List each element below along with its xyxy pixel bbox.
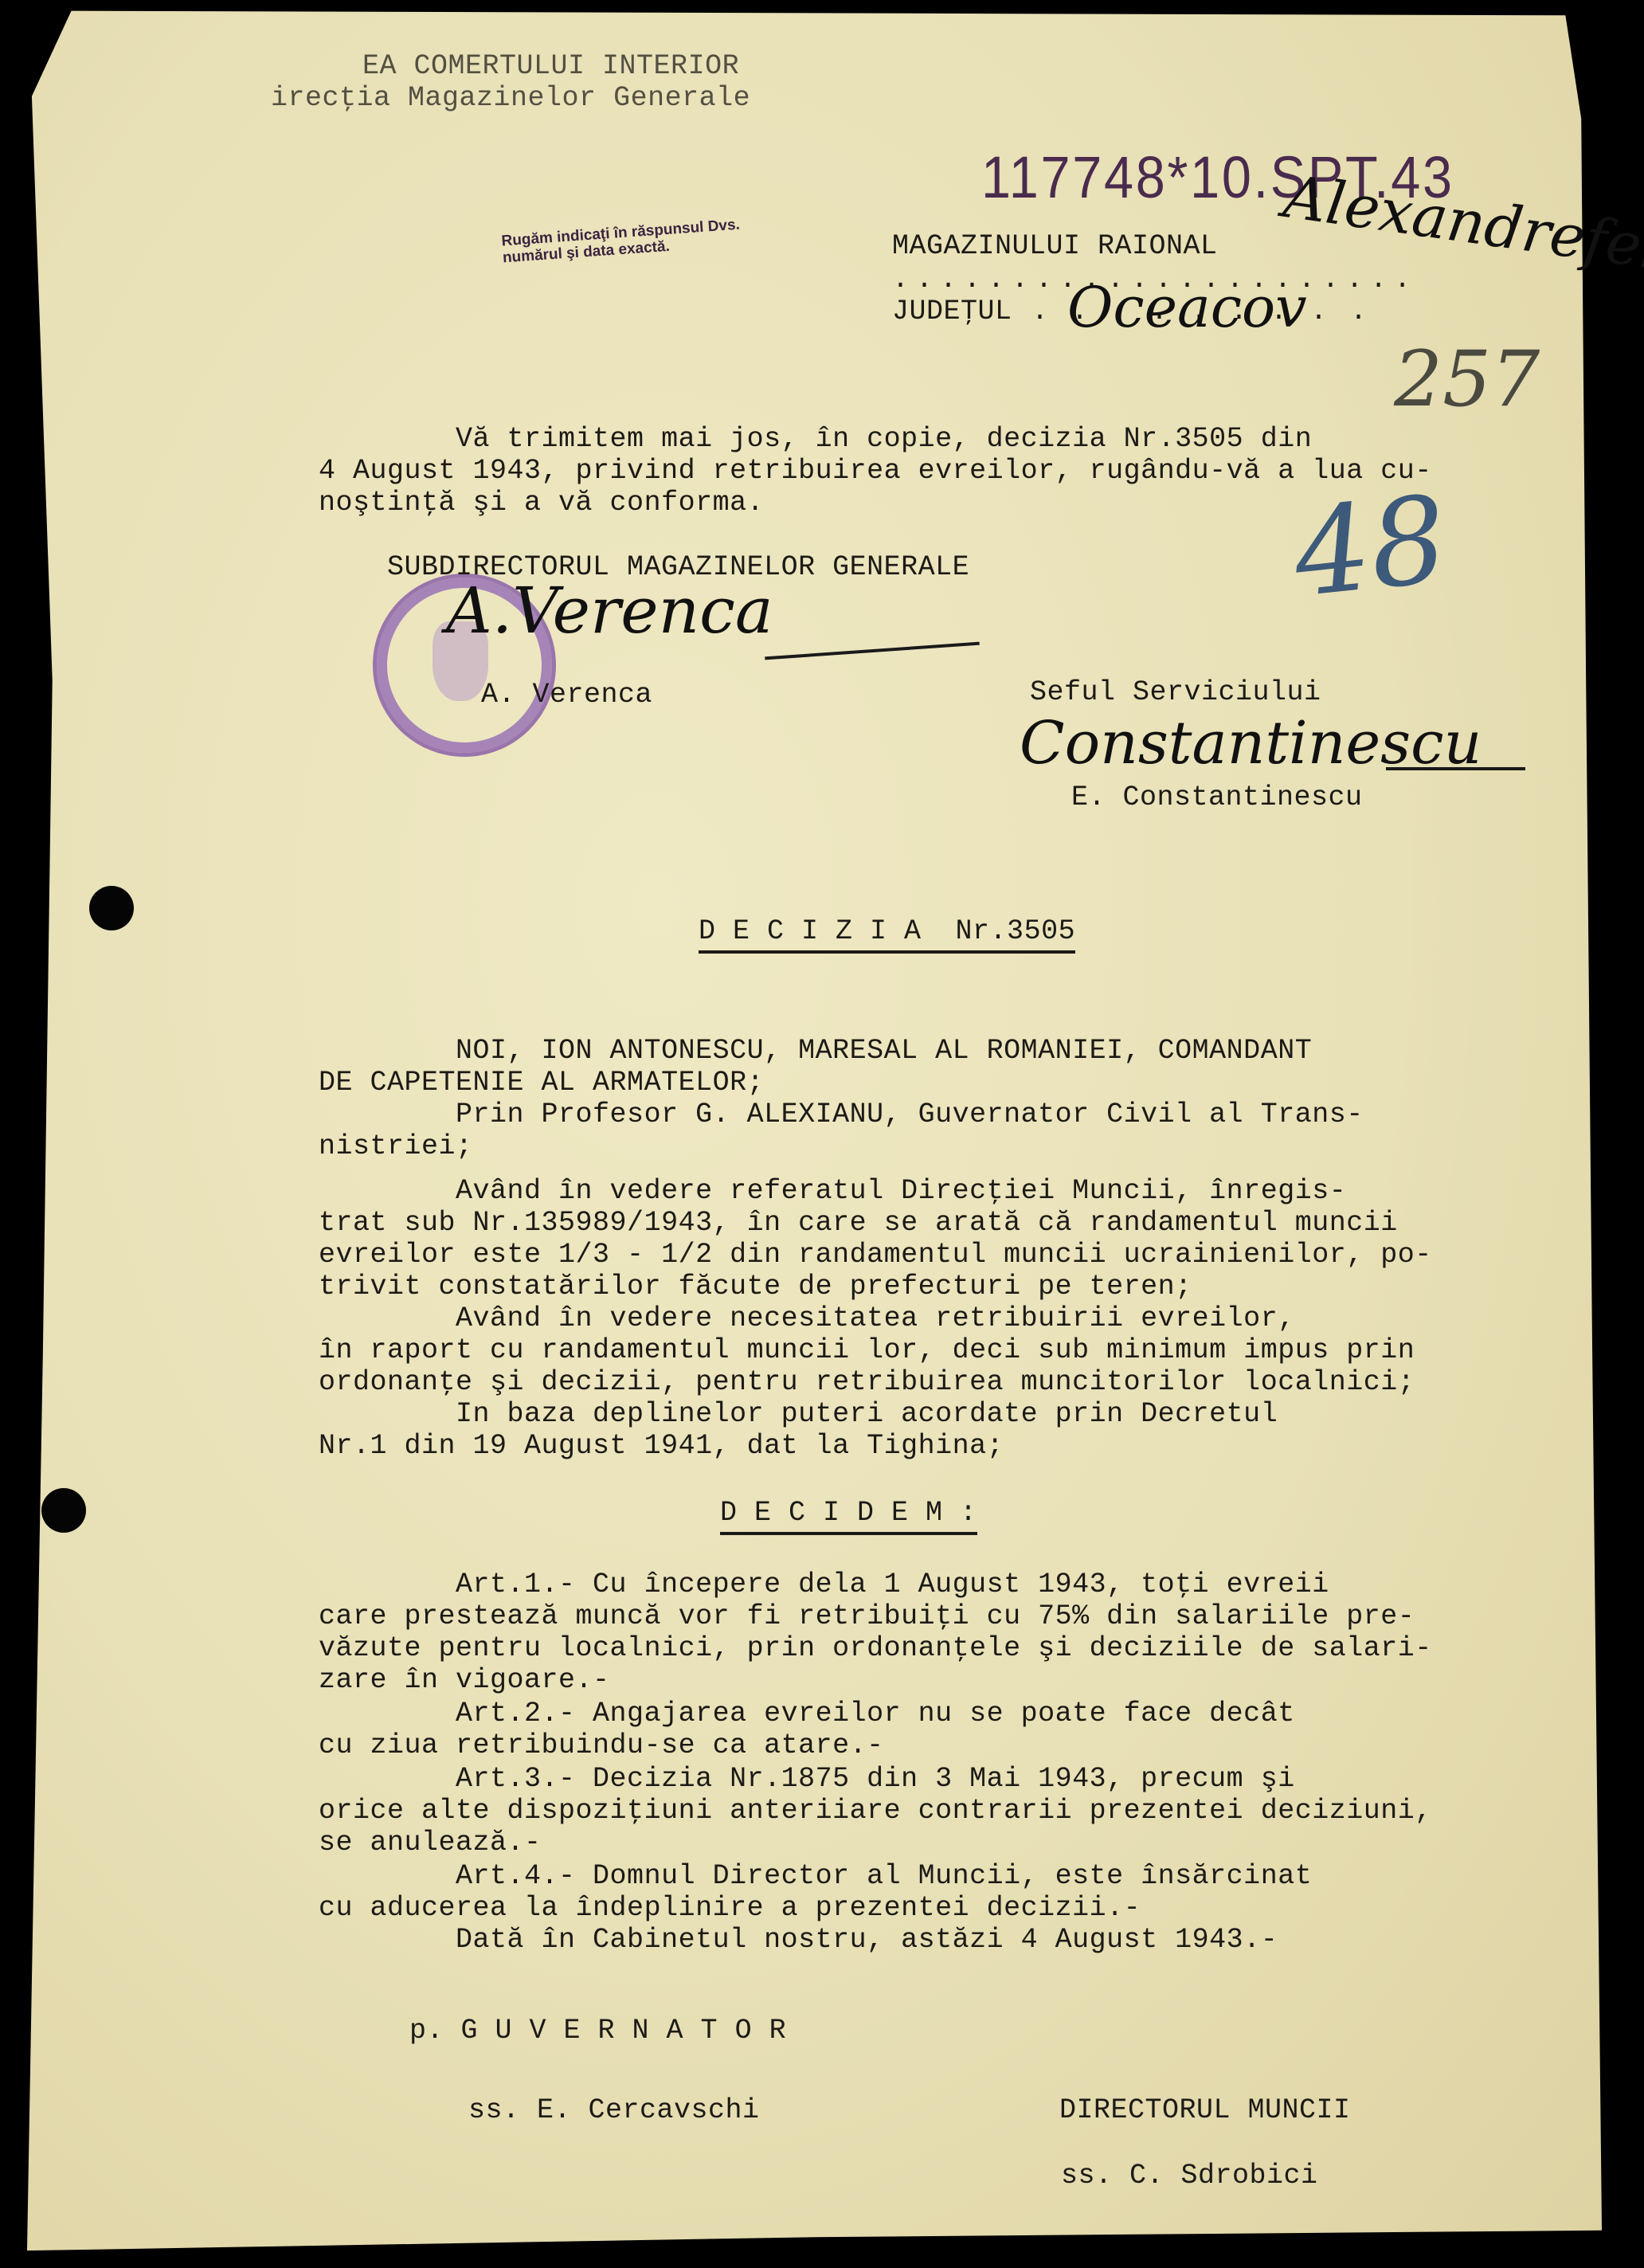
blue-pencil-number-48: 48 — [1287, 471, 1453, 625]
service-head-title: Seful Serviciului — [1030, 677, 1321, 708]
article-line: Art.3.- Decizia Nr.1875 din 3 Mai 1943, … — [319, 1764, 1295, 1795]
article-line: orice alte dispoziţiuni anteriiare contr… — [319, 1796, 1432, 1827]
county-label: JUDEŢUL — [892, 296, 1012, 327]
store-label: MAGAZINULUI RAIONAL — [892, 231, 1218, 262]
preamble-line: Având în vedere necesitatea retribuirii … — [319, 1303, 1295, 1334]
handwritten-number-257: 257 — [1394, 335, 1540, 424]
article-line: zare în vigoare.- — [319, 1665, 610, 1696]
letterhead-ministry: EA COMERTULUI INTERIOR — [362, 51, 739, 82]
punch-hole-bottom — [41, 1488, 86, 1533]
registration-number: 117748 — [981, 144, 1168, 210]
preamble-line: evreilor este 1/3 - 1/2 din randamentul … — [319, 1240, 1432, 1271]
county-handwritten: Oceacov — [1067, 275, 1307, 340]
preamble-line: Nr.1 din 19 August 1941, dat la Tighina; — [319, 1431, 1004, 1462]
governor-title: p. G U V E R N A T O R — [409, 2015, 786, 2047]
cover-line-2: 4 August 1943, privind retribuirea evrei… — [319, 456, 1432, 487]
article-line: văzute pentru localnici, prin ordonanţel… — [319, 1633, 1432, 1664]
preamble-line: Prin Profesor G. ALEXIANU, Guvernator Ci… — [319, 1099, 1364, 1130]
cover-line-3: noştinţă şi a vă conforma. — [319, 488, 764, 519]
article-line: Art.2.- Angajarea evreilor nu se poate f… — [319, 1698, 1295, 1729]
labour-director-title: DIRECTORUL MUNCII — [1059, 2095, 1351, 2126]
preamble-line: nistriei; — [319, 1131, 473, 1162]
subdirector-name: A. Verenca — [481, 680, 652, 711]
article-line: Dată în Cabinetul nostru, astăzi 4 Augus… — [319, 1925, 1278, 1956]
labour-director-signatory: ss. C. Sdrobici — [1061, 2160, 1318, 2192]
service-head-signature-stroke — [1386, 767, 1525, 770]
preamble-line: trat sub Nr.135989/1943, în care se arat… — [319, 1208, 1398, 1239]
preamble-line: în raport cu randamentul muncii lor, dec… — [319, 1335, 1415, 1366]
preamble-line: ordonanţe şi decizii, pentru retribuirea… — [319, 1367, 1415, 1398]
article-line: care prestează muncă vor fi retribuiţi c… — [319, 1601, 1415, 1632]
article-line: se anulează.- — [319, 1827, 542, 1859]
article-line: Art.4.- Domnul Director al Muncii, este … — [319, 1861, 1312, 1892]
decidem-heading: D E C I D E M : — [720, 1498, 977, 1529]
subdirector-signature: A.Verenca — [446, 574, 773, 648]
decision-title: D E C I Z I A Nr.3505 — [699, 916, 1075, 947]
letterhead-directorate: irecţia Magazinelor Generale — [271, 83, 750, 114]
preamble-line: NOI, ION ANTONESCU, MARESAL AL ROMANIEI,… — [319, 1036, 1312, 1067]
governor-signatory: ss. E. Cercavschi — [468, 2095, 760, 2126]
service-head-name: E. Constantinescu — [1071, 782, 1363, 813]
preamble-line: In baza deplinelor puteri acordate prin … — [319, 1399, 1278, 1430]
cover-line-1: Vă trimitem mai jos, în copie, decizia N… — [319, 424, 1312, 455]
punch-hole-top — [89, 886, 134, 930]
preamble-line: trivit constatărilor făcute de prefectur… — [319, 1271, 1192, 1302]
article-line: cu ziua retribuindu-se ca atare.- — [319, 1730, 884, 1761]
article-line: cu aducerea la îndeplinire a prezentei d… — [319, 1893, 1141, 1924]
preamble-line: DE CAPETENIE AL ARMATELOR; — [319, 1067, 764, 1099]
preamble-line: Având în vedere referatul Direcţiei Munc… — [319, 1176, 1346, 1207]
article-line: Art.1.- Cu începere dela 1 August 1943, … — [319, 1569, 1329, 1600]
